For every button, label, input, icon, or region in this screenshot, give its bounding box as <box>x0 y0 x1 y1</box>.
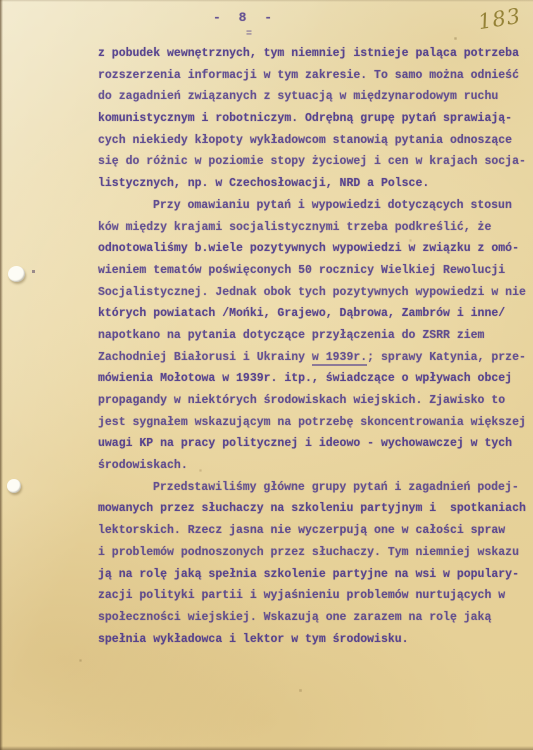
text-line: mowanych przez słuchaczy na szkoleniu pa… <box>98 498 532 520</box>
text-line: zacji polityki partii i wyjaśnieniu prob… <box>98 585 532 607</box>
text-line: napotkano na pytania dotyczące przyłącze… <box>98 325 532 347</box>
text-line: propagandy w niektórych środowiskach wie… <box>98 390 532 412</box>
page-edge-left <box>0 0 3 750</box>
page-edge-top <box>0 0 533 2</box>
text-line-paragraph-start: Przedstawiliśmy główne grupy pytań i zag… <box>98 477 532 499</box>
text-line: Socjalistycznej. Jednak obok tych pozyty… <box>98 282 532 304</box>
text-line: ków między krajami socjalistycznymi trze… <box>98 217 532 239</box>
text-line-paragraph-start: Przy omawianiu pytań i wypowiedzi dotycz… <box>98 195 532 217</box>
text-line: się do różnic w poziomie stopy życiowej … <box>98 151 532 173</box>
text-line: do zagadnień związanych z sytuacją w mię… <box>98 86 532 108</box>
text-line: wieniem tematów poświęconych 50 rocznicy… <box>98 260 532 282</box>
text-line: środowiskach. <box>98 455 532 477</box>
text-line: z pobudek wewnętrznych, tym niemniej ist… <box>98 43 532 65</box>
text-line: lektorskich. Rzecz jasna nie wyczerpują … <box>98 520 532 542</box>
text-line: uwagi KP na pracy politycznej i ideowo -… <box>98 433 532 455</box>
handwritten-archival-number: 183 <box>476 4 522 34</box>
text-line: listycznych, np. w Czechosłowacji, NRD a… <box>98 173 532 195</box>
text-line: odnotowaliśmy b.wiele pozytywnych wypowi… <box>98 238 532 260</box>
text-line: spełnia wykładowca i lektor w tym środow… <box>98 629 532 651</box>
text-line: społeczności wiejskiej. Wskazują one zar… <box>98 607 532 629</box>
text-line: i problemów podnoszonych przez słuchaczy… <box>98 542 532 564</box>
text-line: mówienia Mołotowa w 1939r. itp., świadcz… <box>98 368 532 390</box>
page-number: - 8 - <box>213 10 277 25</box>
scanned-document-page: - 8 - = 183 z pobudek wewnętrznych, tym … <box>0 0 533 750</box>
paper-specks <box>0 0 1 1</box>
typed-underline-1939 <box>312 364 367 366</box>
text-line: komunistycznym i robotniczym. Odrębną gr… <box>98 108 532 130</box>
punch-hole-top <box>8 266 25 282</box>
text-line: jest sygnałem wskazującym na potrzebę sk… <box>98 412 532 434</box>
typewritten-text-block: z pobudek wewnętrznych, tym niemniej ist… <box>98 43 532 650</box>
text-line: ją na rolę jaką spełnia szkolenie partyj… <box>98 564 532 586</box>
page-edge-bottom <box>0 746 533 750</box>
text-line: cych niekiedy kłopoty wykładowcom stanow… <box>98 130 532 152</box>
punch-hole-bottom <box>7 479 21 493</box>
text-line: rozszerzenia informacji w tym zakresie. … <box>98 65 532 87</box>
text-line: których powiatach /Mońki, Grajewo, Dąbro… <box>98 303 532 325</box>
stray-typewriter-mark: = <box>246 29 252 40</box>
